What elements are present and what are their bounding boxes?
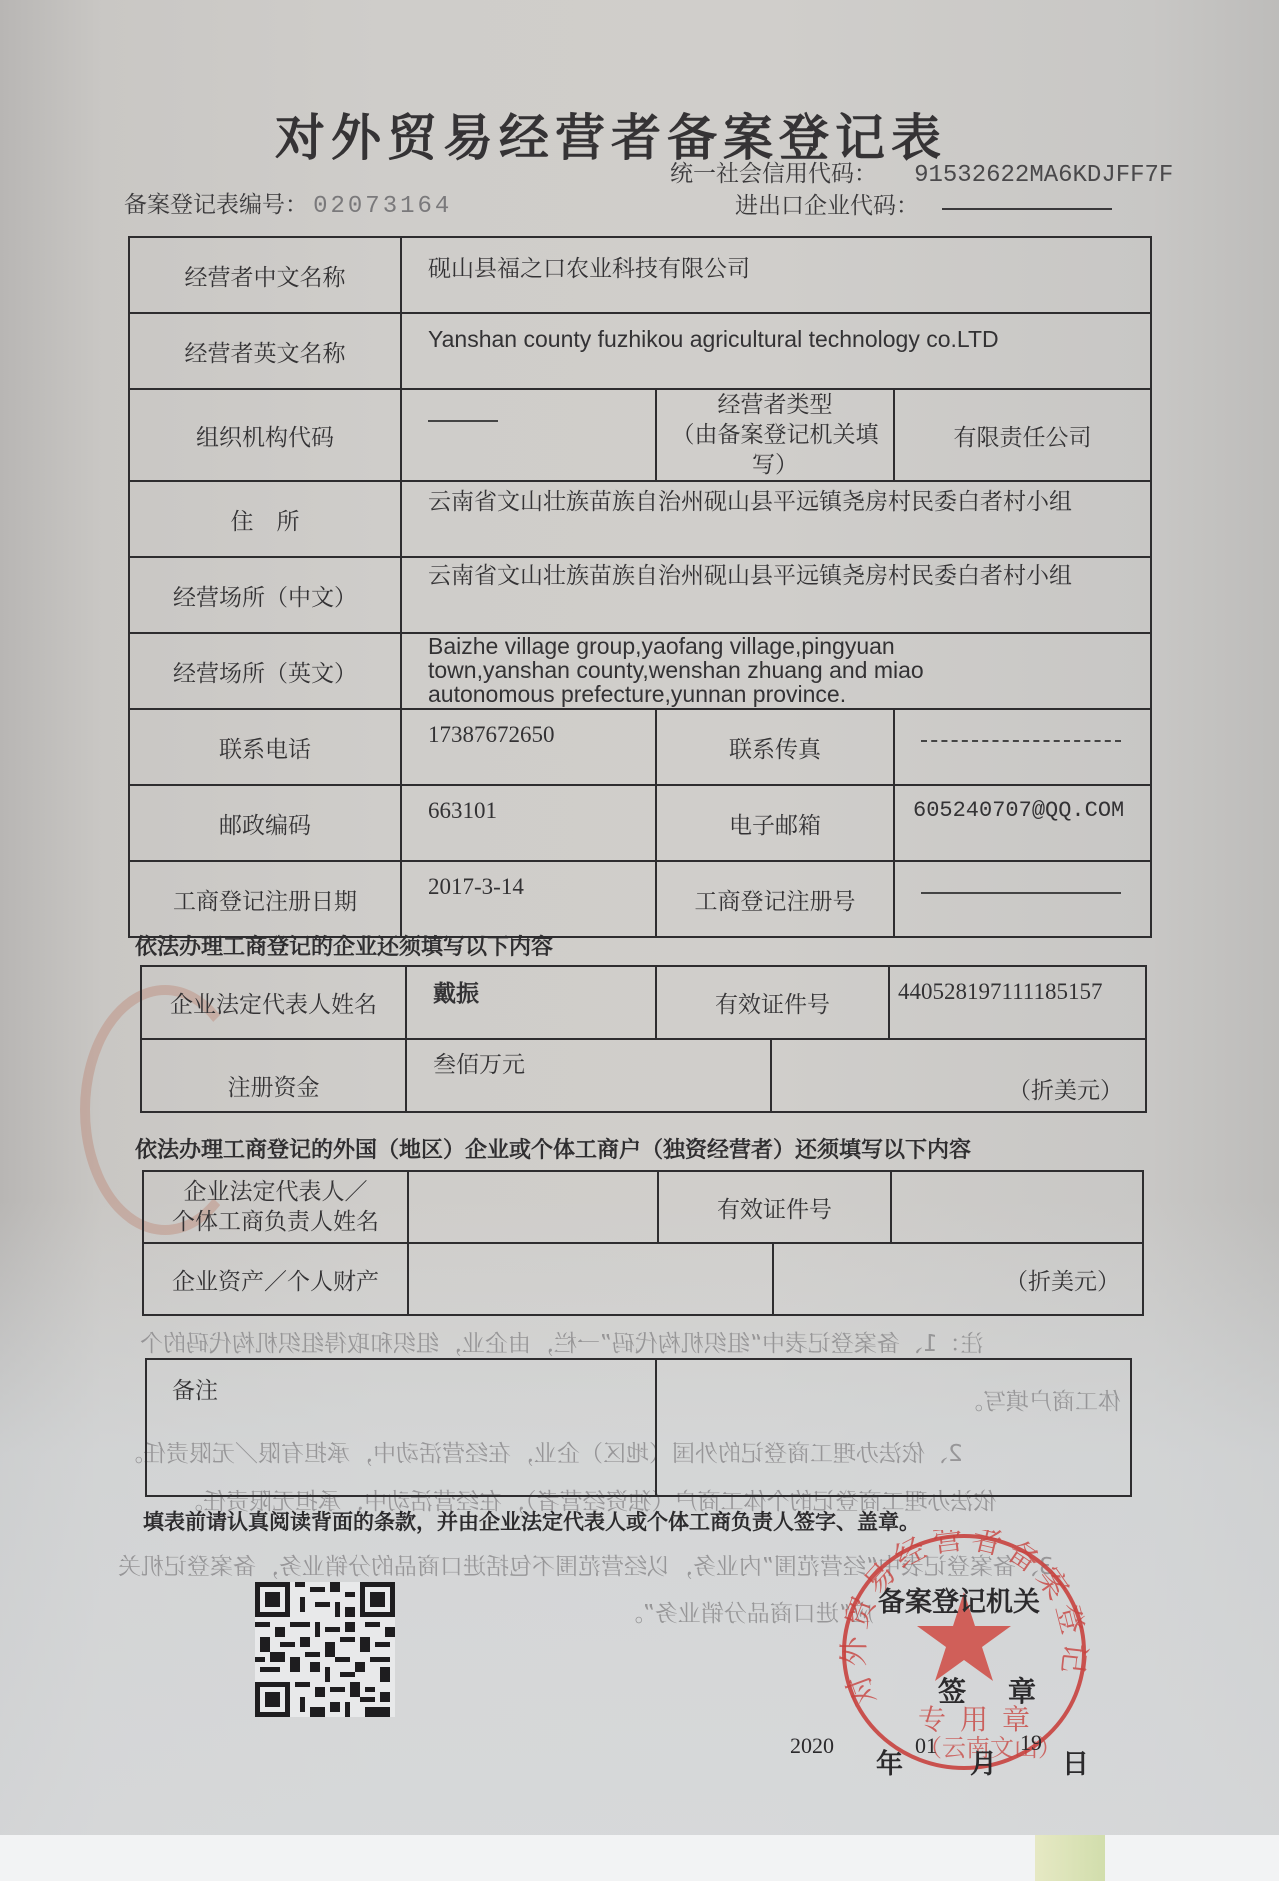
capital-value: 叁佰万元: [406, 1039, 771, 1112]
date-day: 19: [1020, 1730, 1042, 1756]
tape-strip: [1035, 1835, 1105, 1881]
table-row: 注册资金 叁佰万元 （折美元）: [141, 1039, 1146, 1112]
phone-label: 联系电话: [129, 709, 401, 785]
reg-no-label: 工商登记注册号: [656, 861, 894, 937]
assets-label: 企业资产／个人财产: [143, 1243, 408, 1315]
table-row: 企业法定代表人／ 个体工商负责人姓名 有效证件号: [143, 1171, 1143, 1243]
qr-code-icon: [255, 1582, 395, 1717]
cn-name-label: 经营者中文名称: [129, 237, 401, 313]
fax-label: 联系传真: [656, 709, 894, 785]
legal-rep-label: 企业法定代表人姓名: [141, 966, 406, 1039]
capital-usd-note: （折美元）: [1008, 1046, 1145, 1105]
id-label: 有效证件号: [656, 966, 889, 1039]
rep-label-cell: 企业法定代表人／ 个体工商负责人姓名: [143, 1171, 408, 1243]
notes-value: [656, 1359, 1131, 1496]
background-surface: [0, 1835, 1279, 1881]
email-label: 电子邮箱: [656, 785, 894, 861]
premises-en-label: 经营场所（英文）: [129, 633, 401, 709]
reg-no-value: [894, 861, 1151, 937]
capital-label: 注册资金: [141, 1039, 406, 1112]
date-month-unit: 月: [970, 1742, 997, 1781]
foreign-section-heading: 依法办理工商登记的外国（地区）企业或个体工商户（独资经营者）还须填写以下内容: [135, 1133, 971, 1164]
table-row: 企业资产／个人财产 （折美元）: [143, 1243, 1143, 1315]
notes-table: 备注: [145, 1358, 1132, 1497]
record-no-label: 备案登记表编号：: [124, 192, 308, 218]
enterprise-table: 企业法定代表人姓名 戴振 有效证件号 440528197111185157 注册…: [140, 965, 1147, 1113]
legal-rep-value: 戴振: [406, 966, 656, 1039]
residence-value: 云南省文山壮族苗族自治州砚山县平远镇尧房村民委白者村小组: [401, 481, 1151, 557]
assets-value: [408, 1243, 773, 1315]
table-row: 组织机构代码 经营者类型 （由备案登记机关填写） 有限责任公司: [129, 389, 1151, 481]
postcode-value: 663101: [401, 785, 656, 861]
email-value: 605240707@QQ.COM: [894, 785, 1151, 861]
reg-date-value: 2017-3-14: [401, 861, 656, 937]
org-code-label: 组织机构代码: [129, 389, 401, 481]
table-row: 联系电话 17387672650 联系传真: [129, 709, 1151, 785]
capital-usd-cell: （折美元）: [771, 1039, 1146, 1112]
table-row: 经营者中文名称 砚山县福之口农业科技有限公司: [129, 237, 1151, 313]
premises-en-value: Baizhe village group,yaofang village,pin…: [401, 633, 1151, 709]
cn-name-value: 砚山县福之口农业科技有限公司: [401, 237, 1151, 313]
en-name-label: 经营者英文名称: [129, 313, 401, 389]
import-export-code-value: [942, 208, 1112, 210]
record-no-value: 02073164: [313, 193, 452, 220]
credit-code-row: 统一社会信用代码： 91532622MA6KDJFF7F: [670, 155, 1173, 189]
postcode-label: 邮政编码: [129, 785, 401, 861]
import-export-code-row: 进出口企业代码：: [735, 187, 1112, 220]
foreign-id-value: [891, 1171, 1143, 1243]
bleed-through-line: 应“进口商品分销业务”。: [620, 1595, 874, 1628]
main-info-table: 经营者中文名称 砚山县福之口农业科技有限公司 经营者英文名称 Yanshan c…: [128, 236, 1152, 938]
foreign-table: 企业法定代表人／ 个体工商负责人姓名 有效证件号 企业资产／个人财产 （折美元）: [142, 1170, 1144, 1316]
rep-label-line1: 企业法定代表人／: [144, 1177, 407, 1207]
premises-cn-value: 云南省文山壮族苗族自治州砚山县平远镇尧房村民委白者村小组: [401, 557, 1151, 633]
foreign-id-label: 有效证件号: [658, 1171, 891, 1243]
official-seal: 对外贸易经营者备案登记 备案登记机关 签 章 专用章 （云南文山）: [838, 1530, 1090, 1774]
residence-label: 住 所: [129, 481, 401, 557]
id-value: 440528197111185157: [889, 966, 1146, 1039]
date-year: 2020: [790, 1733, 834, 1759]
reg-date-label: 工商登记注册日期: [129, 861, 401, 937]
rep-label-line2: 个体工商负责人姓名: [144, 1207, 407, 1237]
record-no-row: 备案登记表编号： 02073164: [124, 186, 452, 220]
table-row: 经营者英文名称 Yanshan county fuzhikou agricult…: [129, 313, 1151, 389]
table-row: 工商登记注册日期 2017-3-14 工商登记注册号: [129, 861, 1151, 937]
import-export-code-label: 进出口企业代码：: [735, 193, 919, 219]
assets-usd-note: （折美元）: [1005, 1263, 1142, 1296]
credit-code-value: 91532622MA6KDJFF7F: [914, 162, 1173, 189]
instruction-text: 填表前请认真阅读背面的条款，并由企业法定代表人或个体工商负责人签字、盖章。: [143, 1506, 920, 1536]
table-row: 企业法定代表人姓名 戴振 有效证件号 440528197111185157: [141, 966, 1146, 1039]
phone-value: 17387672650: [401, 709, 656, 785]
table-row: 经营场所（中文） 云南省文山壮族苗族自治州砚山县平远镇尧房村民委白者村小组: [129, 557, 1151, 633]
en-name-value: Yanshan county fuzhikou agricultural tec…: [401, 313, 1151, 389]
operator-type-note: （由备案登记机关填写）: [657, 420, 893, 480]
operator-type-label-cell: 经营者类型 （由备案登记机关填写）: [656, 389, 894, 481]
operator-type-label: 经营者类型: [657, 390, 893, 420]
org-code-value: [401, 389, 656, 481]
date-month: 01: [915, 1733, 937, 1759]
date-year-unit: 年: [876, 1742, 903, 1781]
bleed-through-line: 注：1、备案登记表中“组织机构代码”一栏，由企业，组织和取得组织机构代码的个: [140, 1325, 983, 1358]
rep-value: [408, 1171, 658, 1243]
credit-code-label: 统一社会信用代码：: [670, 161, 877, 187]
operator-type-value: 有限责任公司: [894, 389, 1151, 481]
table-row: 邮政编码 663101 电子邮箱 605240707@QQ.COM: [129, 785, 1151, 861]
seal-authority-label: 备案登记机关: [878, 1580, 1040, 1619]
notes-label: 备注: [146, 1359, 656, 1496]
premises-cn-label: 经营场所（中文）: [129, 557, 401, 633]
fax-value: [894, 709, 1151, 785]
enterprise-section-heading: 依法办理工商登记的企业还须填写以下内容: [135, 930, 553, 961]
date-day-unit: 日: [1062, 1742, 1089, 1781]
assets-usd-cell: （折美元）: [773, 1243, 1143, 1315]
table-row: 住 所 云南省文山壮族苗族自治州砚山县平远镇尧房村民委白者村小组: [129, 481, 1151, 557]
table-row: 备注: [146, 1359, 1131, 1496]
table-row: 经营场所（英文） Baizhe village group,yaofang vi…: [129, 633, 1151, 709]
